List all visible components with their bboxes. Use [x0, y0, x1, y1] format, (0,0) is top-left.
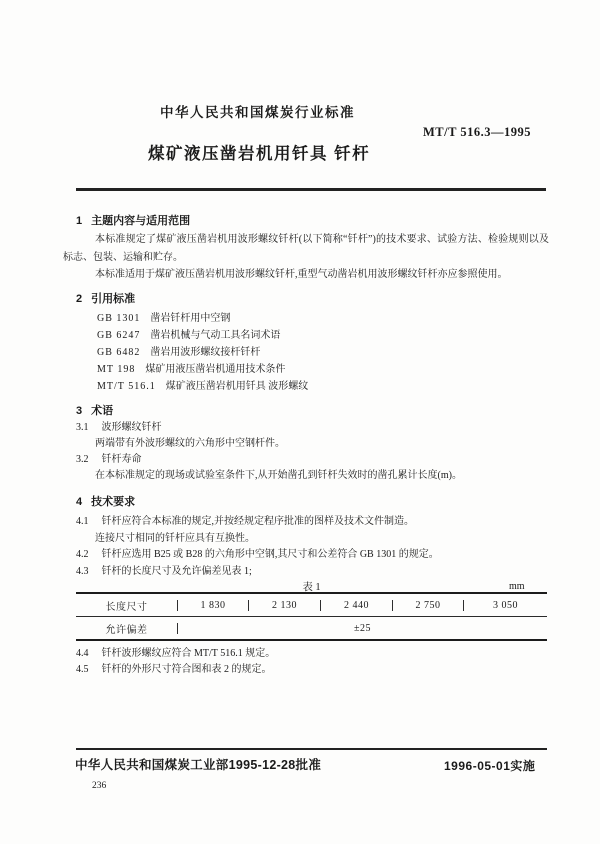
- reference-name: 凿岩用波形螺纹接杆钎杆: [150, 347, 260, 358]
- clause-number: 4.4: [76, 648, 89, 660]
- clause-number: 4.1: [76, 516, 89, 528]
- term-number: 3.2: [76, 454, 89, 466]
- standard-category-heading: 中华人民共和国煤炭行业标准: [160, 101, 355, 121]
- table-1: 长度尺寸 1 830 2 130 2 440 2 750 3 050 允许偏差 …: [76, 592, 547, 641]
- table-cell: 2 440: [320, 600, 392, 611]
- reference-name: 煤矿液压凿岩机用钎具 波形螺纹: [166, 381, 309, 392]
- page-number: 236: [92, 781, 106, 791]
- table-row-label: 长度尺寸: [76, 598, 177, 613]
- table-cell: 1 830: [177, 600, 248, 611]
- clause-text: 钎杆应选用 B25 或 B28 的六角形中空钢,其尺寸和公差符合 GB 1301…: [102, 549, 439, 560]
- clause-text: 钎杆应符合本标准的规定,并按经规定程序批准的图样及技术文件制造。: [102, 516, 415, 527]
- clause-text: 钎杆的长度尺寸及允许偏差见表 1;: [102, 566, 252, 577]
- section-4-number: 4: [76, 496, 82, 508]
- reference-code: GB 1301: [97, 313, 140, 325]
- section-1-number: 1: [76, 215, 82, 227]
- table-1-unit: mm: [509, 581, 525, 592]
- term-3-1-heading: 3.1波形螺纹钎杆: [76, 422, 162, 434]
- section-2-title: 引用标准: [91, 293, 135, 305]
- reference-name: 凿岩机械与气动工具名词术语: [150, 330, 280, 341]
- table-cell: 2 130: [248, 600, 320, 611]
- section-3-number: 3: [76, 405, 82, 417]
- document-title: 煤矿液压凿岩机用钎具 钎杆: [148, 140, 370, 164]
- clause-number: 4.2: [76, 549, 89, 561]
- term-3-2-heading: 3.2钎杆寿命: [76, 454, 142, 466]
- reference-item: MT/T 516.1煤矿液压凿岩机用钎具 波形螺纹: [97, 381, 308, 393]
- term-number: 3.1: [76, 422, 89, 434]
- term-3-1-definition: 两端带有外波形螺纹的六角形中空钢杆件。: [95, 438, 285, 450]
- clause-4-1-continuation: 连接尺寸相同的钎杆应具有互换性。: [95, 533, 255, 545]
- reference-name: 煤矿用液压凿岩机通用技术条件: [145, 364, 285, 375]
- clause-text: 钎杆波形螺纹应符合 MT/T 516.1 规定。: [102, 648, 276, 659]
- clause-4-1: 4.1钎杆应符合本标准的规定,并按经规定程序批准的图样及技术文件制造。: [76, 516, 414, 528]
- footer-approval: 中华人民共和国煤炭工业部1995-12-28批准: [75, 755, 321, 773]
- section-3-heading: 3术语: [76, 402, 113, 418]
- reference-item: MT 198煤矿用液压凿岩机通用技术条件: [97, 364, 285, 376]
- term-name: 钎杆寿命: [102, 454, 142, 465]
- clause-4-4: 4.4钎杆波形螺纹应符合 MT/T 516.1 规定。: [76, 648, 275, 660]
- section-3-title: 术语: [91, 405, 113, 417]
- reference-code: MT/T 516.1: [97, 381, 156, 393]
- footer-divider: [76, 748, 547, 750]
- clause-number: 4.5: [76, 664, 89, 676]
- footer-implementation: 1996-05-01实施: [444, 757, 535, 774]
- clause-4-2: 4.2钎杆应选用 B25 或 B28 的六角形中空钢,其尺寸和公差符合 GB 1…: [76, 549, 439, 561]
- header-divider: [76, 188, 546, 191]
- standard-number: MT/T 516.3—1995: [423, 125, 531, 140]
- section-1-heading: 1主题内容与适用范围: [76, 212, 190, 228]
- section-4-heading: 4技术要求: [76, 493, 135, 509]
- term-name: 波形螺纹钎杆: [102, 422, 162, 433]
- reference-code: GB 6247: [97, 330, 140, 342]
- reference-name: 凿岩钎杆用中空钢: [150, 313, 230, 324]
- reference-item: GB 1301凿岩钎杆用中空钢: [97, 313, 230, 325]
- table-row: 允许偏差 ±25: [76, 617, 547, 639]
- clause-4-3: 4.3钎杆的长度尺寸及允许偏差见表 1;: [76, 566, 252, 578]
- clause-4-5: 4.5钎杆的外形尺寸符合图和表 2 的规定。: [76, 664, 272, 676]
- table-cell: 3 050: [463, 600, 547, 611]
- clause-number: 4.3: [76, 566, 89, 578]
- section-2-heading: 2引用标准: [76, 290, 135, 306]
- clause-text: 钎杆的外形尺寸符合图和表 2 的规定。: [102, 664, 272, 675]
- table-cell: ±25: [177, 623, 547, 634]
- table-cell: 2 750: [392, 600, 463, 611]
- section-2-number: 2: [76, 293, 82, 305]
- table-row: 长度尺寸 1 830 2 130 2 440 2 750 3 050: [76, 594, 547, 617]
- scope-paragraph-2: 本标准适用于煤矿液压凿岩机用波形螺纹钎杆,重型气动凿岩机用波形螺纹钎杆亦应参照使…: [63, 266, 549, 284]
- section-4-title: 技术要求: [91, 496, 135, 508]
- reference-code: MT 198: [97, 364, 135, 376]
- section-1-title: 主题内容与适用范围: [91, 215, 190, 227]
- reference-item: GB 6247凿岩机械与气动工具名词术语: [97, 330, 280, 342]
- document-page: 中华人民共和国煤炭行业标准 MT/T 516.3—1995 煤矿液压凿岩机用钎具…: [0, 0, 600, 844]
- table-row-label: 允许偏差: [76, 621, 177, 636]
- reference-item: GB 6482凿岩用波形螺纹接杆钎杆: [97, 347, 260, 359]
- term-3-2-definition: 在本标准规定的现场或试验室条件下,从开始凿孔到钎杆失效时的凿孔累计长度(m)。: [95, 470, 462, 482]
- reference-code: GB 6482: [97, 347, 140, 359]
- scope-paragraph-1: 本标准规定了煤矿液压凿岩机用波形螺纹钎杆(以下简称“钎杆”)的技术要求、试验方法…: [63, 231, 549, 266]
